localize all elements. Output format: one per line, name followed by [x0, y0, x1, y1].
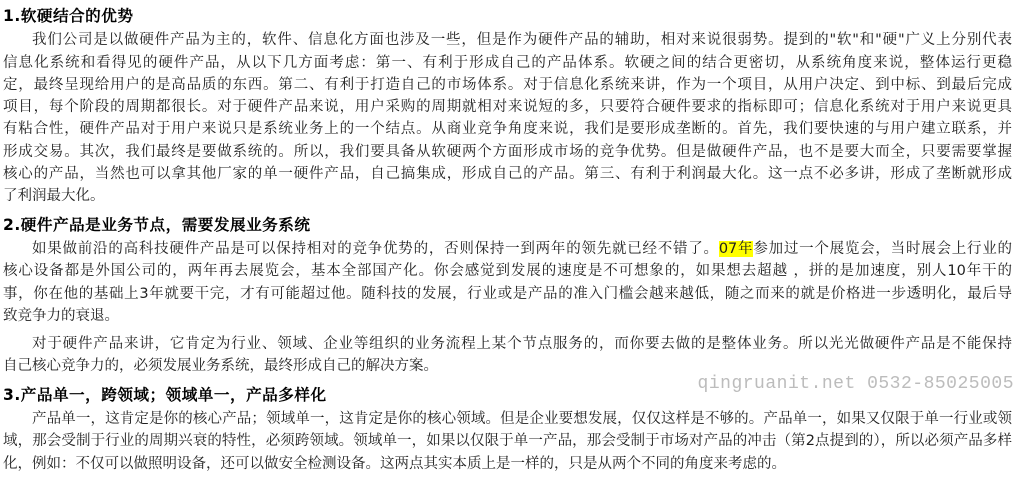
text-segment: 我们公司是以做硬件产品为主的，软件、信息化方面也涉及一些，但是作为硬件产品的辅助… — [32, 32, 1012, 48]
text-line: 定，最终呈现给用户的是高品质的东西。第二、有利于打造自己的市场体系。对于信息化系… — [3, 74, 1012, 96]
text-segment: 项目，每个阶段的周期都很长。对于硬件产品来说，用户采购的周期就相对来说短的多，只… — [3, 99, 1012, 115]
text-line: 对于硬件产品来讲，它肯定为行业、领域、企业等组织的业务流程上某个节点服务的，而你… — [3, 333, 1012, 355]
text-line: 核心的产品，当然也可以拿其他厂家的单一硬件产品，自己搞集成，形成自己的产品。第三… — [3, 163, 1012, 185]
text-segment: 核心设备都是外国公司的，两年再去展览会，基本全部国产化。你会感觉到发展的速度是不… — [3, 263, 1012, 279]
text-line: 形成交易。其次，我们最终是要做系统的。所以，我们要具备从软硬两个方面形成市场的竞… — [3, 141, 1012, 163]
text-segment: 有粘合性，硬件产品对于用户来说只是系统业务上的一个结点。从商业竞争角度来说，我们… — [3, 121, 1012, 137]
text-line: 我们公司是以做硬件产品为主的，软件、信息化方面也涉及一些，但是作为硬件产品的辅助… — [3, 29, 1012, 51]
text-segment: 参加过一个展览会，当时展会上行业的 — [753, 241, 1012, 257]
text-line: 项目，每个阶段的周期都很长。对于硬件产品来说，用户采购的周期就相对来说短的多，只… — [3, 96, 1012, 118]
text-line: 核心设备都是外国公司的，两年再去展览会，基本全部国产化。你会感觉到发展的速度是不… — [3, 260, 1012, 282]
paragraph: 如果做前沿的高科技硬件产品是可以保持相对的竞争优势的，否则保持一到两年的领先就已… — [3, 238, 1012, 327]
paragraph: 产品单一，这肯定是你的核心产品；领域单一，这肯定是你的核心领域。但是企业要想发展… — [3, 408, 1012, 475]
text-line: 产品单一，这肯定是你的核心产品；领域单一，这肯定是你的核心领域。但是企业要想发展… — [3, 408, 1012, 430]
text-line: 如果做前沿的高科技硬件产品是可以保持相对的竞争优势的，否则保持一到两年的领先就已… — [3, 238, 1012, 260]
text-segment: 事，你在他的基础上3年就要干完，才有可能超过他。随科技的发展，行业或是产品的准入… — [3, 286, 1012, 302]
text-line: 有粘合性，硬件产品对于用户来说只是系统业务上的一个结点。从商业竞争角度来说，我们… — [3, 118, 1012, 140]
text-segment: 对于硬件产品来讲，它肯定为行业、领域、企业等组织的业务流程上某个节点服务的，而你… — [32, 336, 1012, 352]
section-heading: 2.硬件产品是业务节点，需要发展业务系统 — [3, 214, 1012, 236]
text-line: 事，你在他的基础上3年就要干完，才有可能超过他。随科技的发展，行业或是产品的准入… — [3, 283, 1012, 305]
text-segment: 了利润最大化。 — [3, 188, 105, 204]
paragraph: 我们公司是以做硬件产品为主的，软件、信息化方面也涉及一些，但是作为硬件产品的辅助… — [3, 29, 1012, 207]
text-line: 信息化系统和看得见的硬件产品，从以下几方面考虑：第一、有利于形成自己的产品体系。… — [3, 52, 1012, 74]
text-segment: 信息化系统和看得见的硬件产品，从以下几方面考虑：第一、有利于形成自己的产品体系。… — [3, 55, 1012, 71]
text-segment: 自己核心竞争力的，必须发展业务系统，最终形成自己的解决方案。 — [3, 358, 438, 374]
text-line: 了利润最大化。 — [3, 185, 1012, 207]
text-segment: 化，例如：不仅可以做照明设备，还可以做安全检测设备。这两点其实本质上是一样的，只… — [3, 456, 786, 472]
paragraph: 对于硬件产品来讲，它肯定为行业、领域、企业等组织的业务流程上某个节点服务的，而你… — [3, 333, 1012, 378]
text-segment: 核心的产品，当然也可以拿其他厂家的单一硬件产品，自己搞集成，形成自己的产品。第三… — [3, 166, 1012, 182]
text-segment: 如果做前沿的高科技硬件产品是可以保持相对的竞争优势的，否则保持一到两年的领先就已… — [32, 241, 719, 257]
text-segment: 致竞争力的衰退。 — [3, 308, 119, 324]
text-line: 化，例如：不仅可以做照明设备，还可以做安全检测设备。这两点其实本质上是一样的，只… — [3, 453, 1012, 475]
watermark: qingruanit.net 0532-85025005 — [698, 374, 1014, 394]
text-segment: 形成交易。其次，我们最终是要做系统的。所以，我们要具备从软硬两个方面形成市场的竞… — [3, 144, 1012, 160]
section-heading: 1.软硬结合的优势 — [3, 5, 1012, 27]
document-body: 1.软硬结合的优势我们公司是以做硬件产品为主的，软件、信息化方面也涉及一些，但是… — [0, 0, 1026, 475]
text-line: 域，那会受制于行业的周期兴衰的特性，必须跨领域。领域单一，如果以仅限于单一产品，… — [3, 430, 1012, 452]
text-segment: 产品单一，这肯定是你的核心产品；领域单一，这肯定是你的核心领域。但是企业要想发展… — [32, 411, 1012, 427]
highlighted-text: 07年 — [719, 241, 753, 257]
text-segment: 域，那会受制于行业的周期兴衰的特性，必须跨领域。领域单一，如果以仅限于单一产品，… — [3, 433, 1012, 449]
text-segment: 定，最终呈现给用户的是高品质的东西。第二、有利于打造自己的市场体系。对于信息化系… — [3, 77, 1012, 93]
text-line: 致竞争力的衰退。 — [3, 305, 1012, 327]
